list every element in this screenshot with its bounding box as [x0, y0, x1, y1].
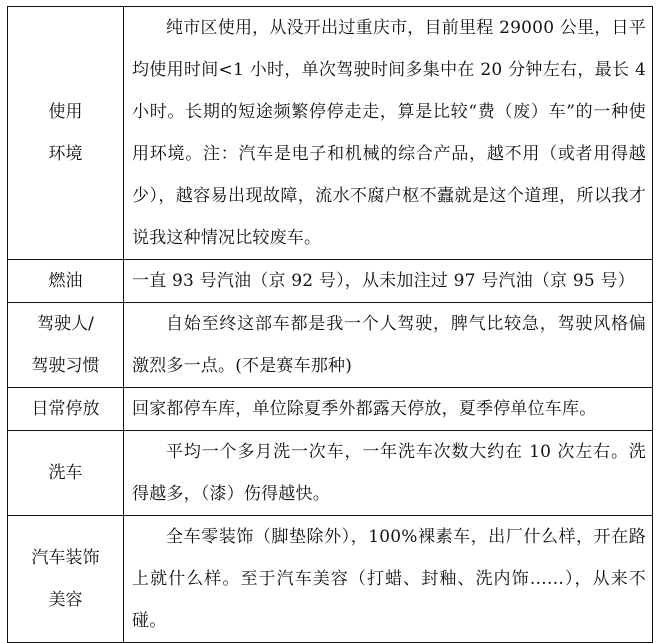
- row-label-car-decoration: 汽车装饰 美容: [8, 516, 124, 643]
- row-label-usage-environment: 使用 环境: [8, 7, 124, 260]
- table-row-driver-habits: 驾驶人/ 驾驶习惯 自始至终这部车都是我一个人驾驶，脾气比较急，驾驶风格偏激烈多…: [8, 303, 653, 388]
- label-line: 环境: [8, 133, 123, 175]
- label-line: 燃油: [8, 260, 123, 302]
- content-paragraph: 平均一个多月洗一次车，一年洗车次数大约在 10 次左右。洗得越多，（漆）伤得越快…: [132, 431, 646, 515]
- row-content-car-wash: 平均一个多月洗一次车，一年洗车次数大约在 10 次左右。洗得越多，（漆）伤得越快…: [124, 431, 653, 516]
- label-line: 美容: [8, 579, 123, 621]
- row-label-daily-parking: 日常停放: [8, 388, 124, 431]
- label-line: 洗车: [8, 452, 123, 494]
- table-row-daily-parking: 日常停放 回家都停车库，单位除夏季外都露天停放，夏季停单位车库。: [8, 388, 653, 431]
- row-label-driver-habits: 驾驶人/ 驾驶习惯: [8, 303, 124, 388]
- label-line: 驾驶人/: [8, 303, 123, 345]
- row-content-fuel: 一直 93 号汽油（京 92 号），从未加注过 97 号汽油（京 95 号）: [124, 260, 653, 303]
- table-row-usage-environment: 使用 环境 纯市区使用，从没开出过重庆市，目前里程 29000 公里，日平均使用…: [8, 7, 653, 260]
- content-paragraph: 纯市区使用，从没开出过重庆市，目前里程 29000 公里，日平均使用时间<1 小…: [132, 7, 646, 259]
- vehicle-usage-table: 使用 环境 纯市区使用，从没开出过重庆市，目前里程 29000 公里，日平均使用…: [7, 6, 653, 643]
- label-line: 汽车装饰: [8, 537, 123, 579]
- content-paragraph: 回家都停车库，单位除夏季外都露天停放，夏季停单位车库。: [132, 388, 646, 430]
- table-row-car-wash: 洗车 平均一个多月洗一次车，一年洗车次数大约在 10 次左右。洗得越多，（漆）伤…: [8, 431, 653, 516]
- row-label-car-wash: 洗车: [8, 431, 124, 516]
- row-content-driver-habits: 自始至终这部车都是我一个人驾驶，脾气比较急，驾驶风格偏激烈多一点。(不是赛车那种…: [124, 303, 653, 388]
- label-line: 使用: [8, 91, 123, 133]
- label-line: 驾驶习惯: [8, 345, 123, 387]
- row-content-car-decoration: 全车零装饰（脚垫除外），100%裸素车，出厂什么样，开在路上就什么样。至于汽车美…: [124, 516, 653, 643]
- content-paragraph: 全车零装饰（脚垫除外），100%裸素车，出厂什么样，开在路上就什么样。至于汽车美…: [132, 516, 646, 642]
- table-row-car-decoration: 汽车装饰 美容 全车零装饰（脚垫除外），100%裸素车，出厂什么样，开在路上就什…: [8, 516, 653, 643]
- row-label-fuel: 燃油: [8, 260, 124, 303]
- label-line: 日常停放: [8, 388, 123, 430]
- row-content-usage-environment: 纯市区使用，从没开出过重庆市，目前里程 29000 公里，日平均使用时间<1 小…: [124, 7, 653, 260]
- content-paragraph: 一直 93 号汽油（京 92 号），从未加注过 97 号汽油（京 95 号）: [132, 260, 646, 302]
- content-paragraph: 自始至终这部车都是我一个人驾驶，脾气比较急，驾驶风格偏激烈多一点。(不是赛车那种…: [132, 303, 646, 387]
- table-row-fuel: 燃油 一直 93 号汽油（京 92 号），从未加注过 97 号汽油（京 95 号…: [8, 260, 653, 303]
- row-content-daily-parking: 回家都停车库，单位除夏季外都露天停放，夏季停单位车库。: [124, 388, 653, 431]
